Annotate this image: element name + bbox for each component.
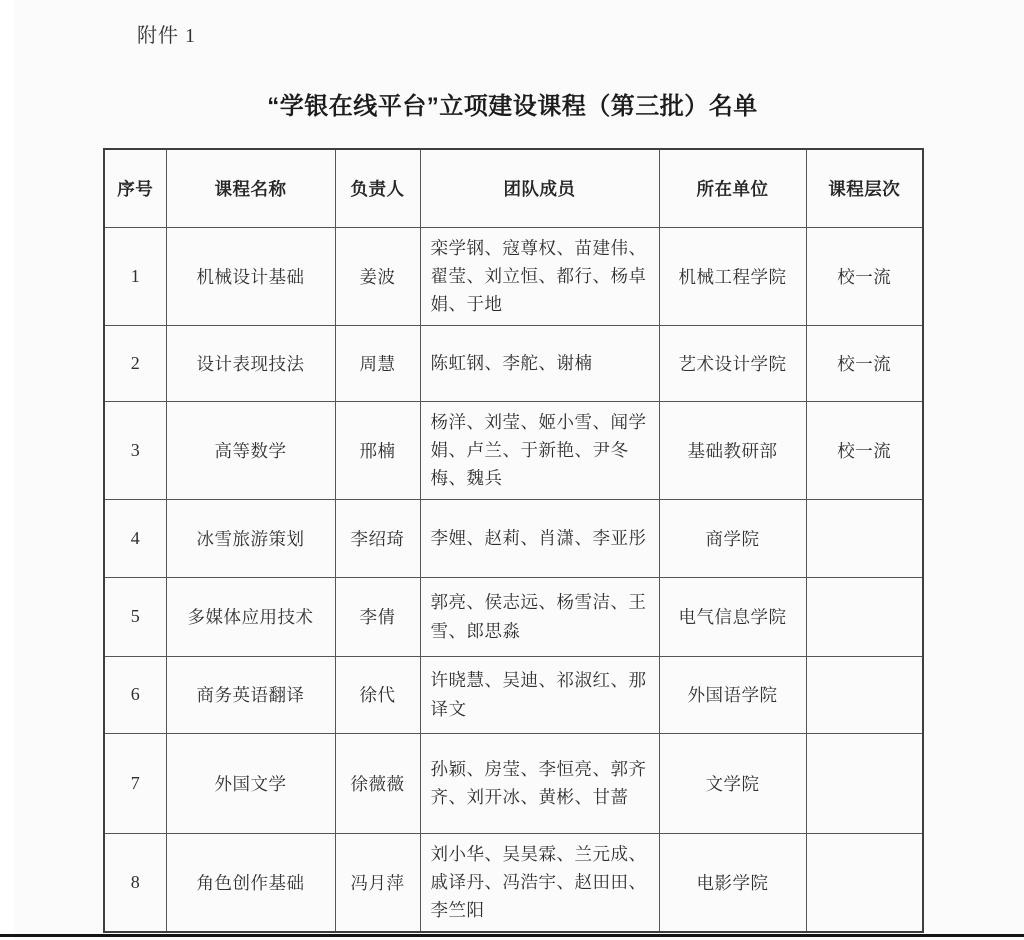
cell-leader: 徐代: [335, 656, 420, 733]
cell-no: 3: [104, 401, 166, 499]
cell-team: 孙颖、房莹、李恒亮、郭齐齐、刘开冰、黄彬、甘蔷: [420, 733, 659, 833]
page-left-margin: [0, 0, 14, 940]
cell-course: 外国文学: [166, 733, 335, 833]
cell-no: 7: [104, 733, 166, 833]
cell-course: 角色创作基础: [166, 833, 335, 932]
document-title: “学银在线平台”立项建设课程（第三批）名单: [103, 86, 922, 121]
col-header-no: 序号: [104, 149, 166, 227]
table-header-row: 序号 课程名称 负责人 团队成员 所在单位 课程层次: [104, 149, 923, 227]
cell-unit: 商学院: [659, 499, 806, 577]
cell-course: 多媒体应用技术: [166, 577, 335, 656]
cell-level: [806, 656, 923, 733]
cell-course: 高等数学: [166, 401, 335, 499]
cell-team: 栾学钢、寇尊权、苗建伟、翟莹、刘立恒、都行、杨卓娟、于地: [420, 227, 659, 325]
cell-leader: 冯月萍: [335, 833, 420, 932]
cell-course: 冰雪旅游策划: [166, 499, 335, 577]
cell-leader: 周慧: [335, 325, 420, 401]
course-table: 序号 课程名称 负责人 团队成员 所在单位 课程层次 1 机械设计基础 姜波 栾…: [103, 148, 924, 933]
col-header-level: 课程层次: [806, 149, 923, 227]
cell-unit: 电气信息学院: [659, 577, 806, 656]
cell-unit: 电影学院: [659, 833, 806, 932]
table-row: 4 冰雪旅游策划 李绍琦 李娌、赵莉、肖潇、李亚彤 商学院: [104, 499, 923, 577]
cell-team: 杨洋、刘莹、姬小雪、闻学娟、卢兰、于新艳、尹冬梅、魏兵: [420, 401, 659, 499]
cell-team: 陈虹钢、李舵、谢楠: [420, 325, 659, 401]
cell-unit: 艺术设计学院: [659, 325, 806, 401]
cell-team: 郭亮、侯志远、杨雪洁、王雪、郎思淼: [420, 577, 659, 656]
cell-team: 许晓慧、吴迪、祁淑红、那译文: [420, 656, 659, 733]
cell-no: 4: [104, 499, 166, 577]
cell-level: [806, 833, 923, 932]
table-row: 8 角色创作基础 冯月萍 刘小华、吴昊霖、兰元成、戚译丹、冯浩宇、赵田田、李竺阳…: [104, 833, 923, 932]
cell-team: 李娌、赵莉、肖潇、李亚彤: [420, 499, 659, 577]
cell-unit: 外国语学院: [659, 656, 806, 733]
cell-level: 校一流: [806, 325, 923, 401]
table-row: 5 多媒体应用技术 李倩 郭亮、侯志远、杨雪洁、王雪、郎思淼 电气信息学院: [104, 577, 923, 656]
table-row: 3 高等数学 邢楠 杨洋、刘莹、姬小雪、闻学娟、卢兰、于新艳、尹冬梅、魏兵 基础…: [104, 401, 923, 499]
col-header-course: 课程名称: [166, 149, 335, 227]
table-row: 7 外国文学 徐薇薇 孙颖、房莹、李恒亮、郭齐齐、刘开冰、黄彬、甘蔷 文学院: [104, 733, 923, 833]
cell-team: 刘小华、吴昊霖、兰元成、戚译丹、冯浩宇、赵田田、李竺阳: [420, 833, 659, 932]
cell-leader: 李绍琦: [335, 499, 420, 577]
cell-unit: 基础教研部: [659, 401, 806, 499]
cell-level: [806, 499, 923, 577]
cell-level: 校一流: [806, 227, 923, 325]
cell-leader: 徐薇薇: [335, 733, 420, 833]
col-header-team: 团队成员: [420, 149, 659, 227]
cell-level: [806, 733, 923, 833]
cell-no: 6: [104, 656, 166, 733]
cell-leader: 姜波: [335, 227, 420, 325]
cell-no: 1: [104, 227, 166, 325]
cell-level: [806, 577, 923, 656]
cell-unit: 文学院: [659, 733, 806, 833]
table-row: 2 设计表现技法 周慧 陈虹钢、李舵、谢楠 艺术设计学院 校一流: [104, 325, 923, 401]
cell-course: 商务英语翻译: [166, 656, 335, 733]
page-bottom-edge: [0, 934, 1024, 937]
cell-unit: 机械工程学院: [659, 227, 806, 325]
cell-course: 设计表现技法: [166, 325, 335, 401]
attachment-label: 附件 1: [137, 19, 196, 48]
cell-level: 校一流: [806, 401, 923, 499]
col-header-unit: 所在单位: [659, 149, 806, 227]
table-row: 1 机械设计基础 姜波 栾学钢、寇尊权、苗建伟、翟莹、刘立恒、都行、杨卓娟、于地…: [104, 227, 923, 325]
cell-course: 机械设计基础: [166, 227, 335, 325]
cell-leader: 李倩: [335, 577, 420, 656]
table-row: 6 商务英语翻译 徐代 许晓慧、吴迪、祁淑红、那译文 外国语学院: [104, 656, 923, 733]
cell-no: 8: [104, 833, 166, 932]
col-header-leader: 负责人: [335, 149, 420, 227]
cell-leader: 邢楠: [335, 401, 420, 499]
cell-no: 5: [104, 577, 166, 656]
cell-no: 2: [104, 325, 166, 401]
